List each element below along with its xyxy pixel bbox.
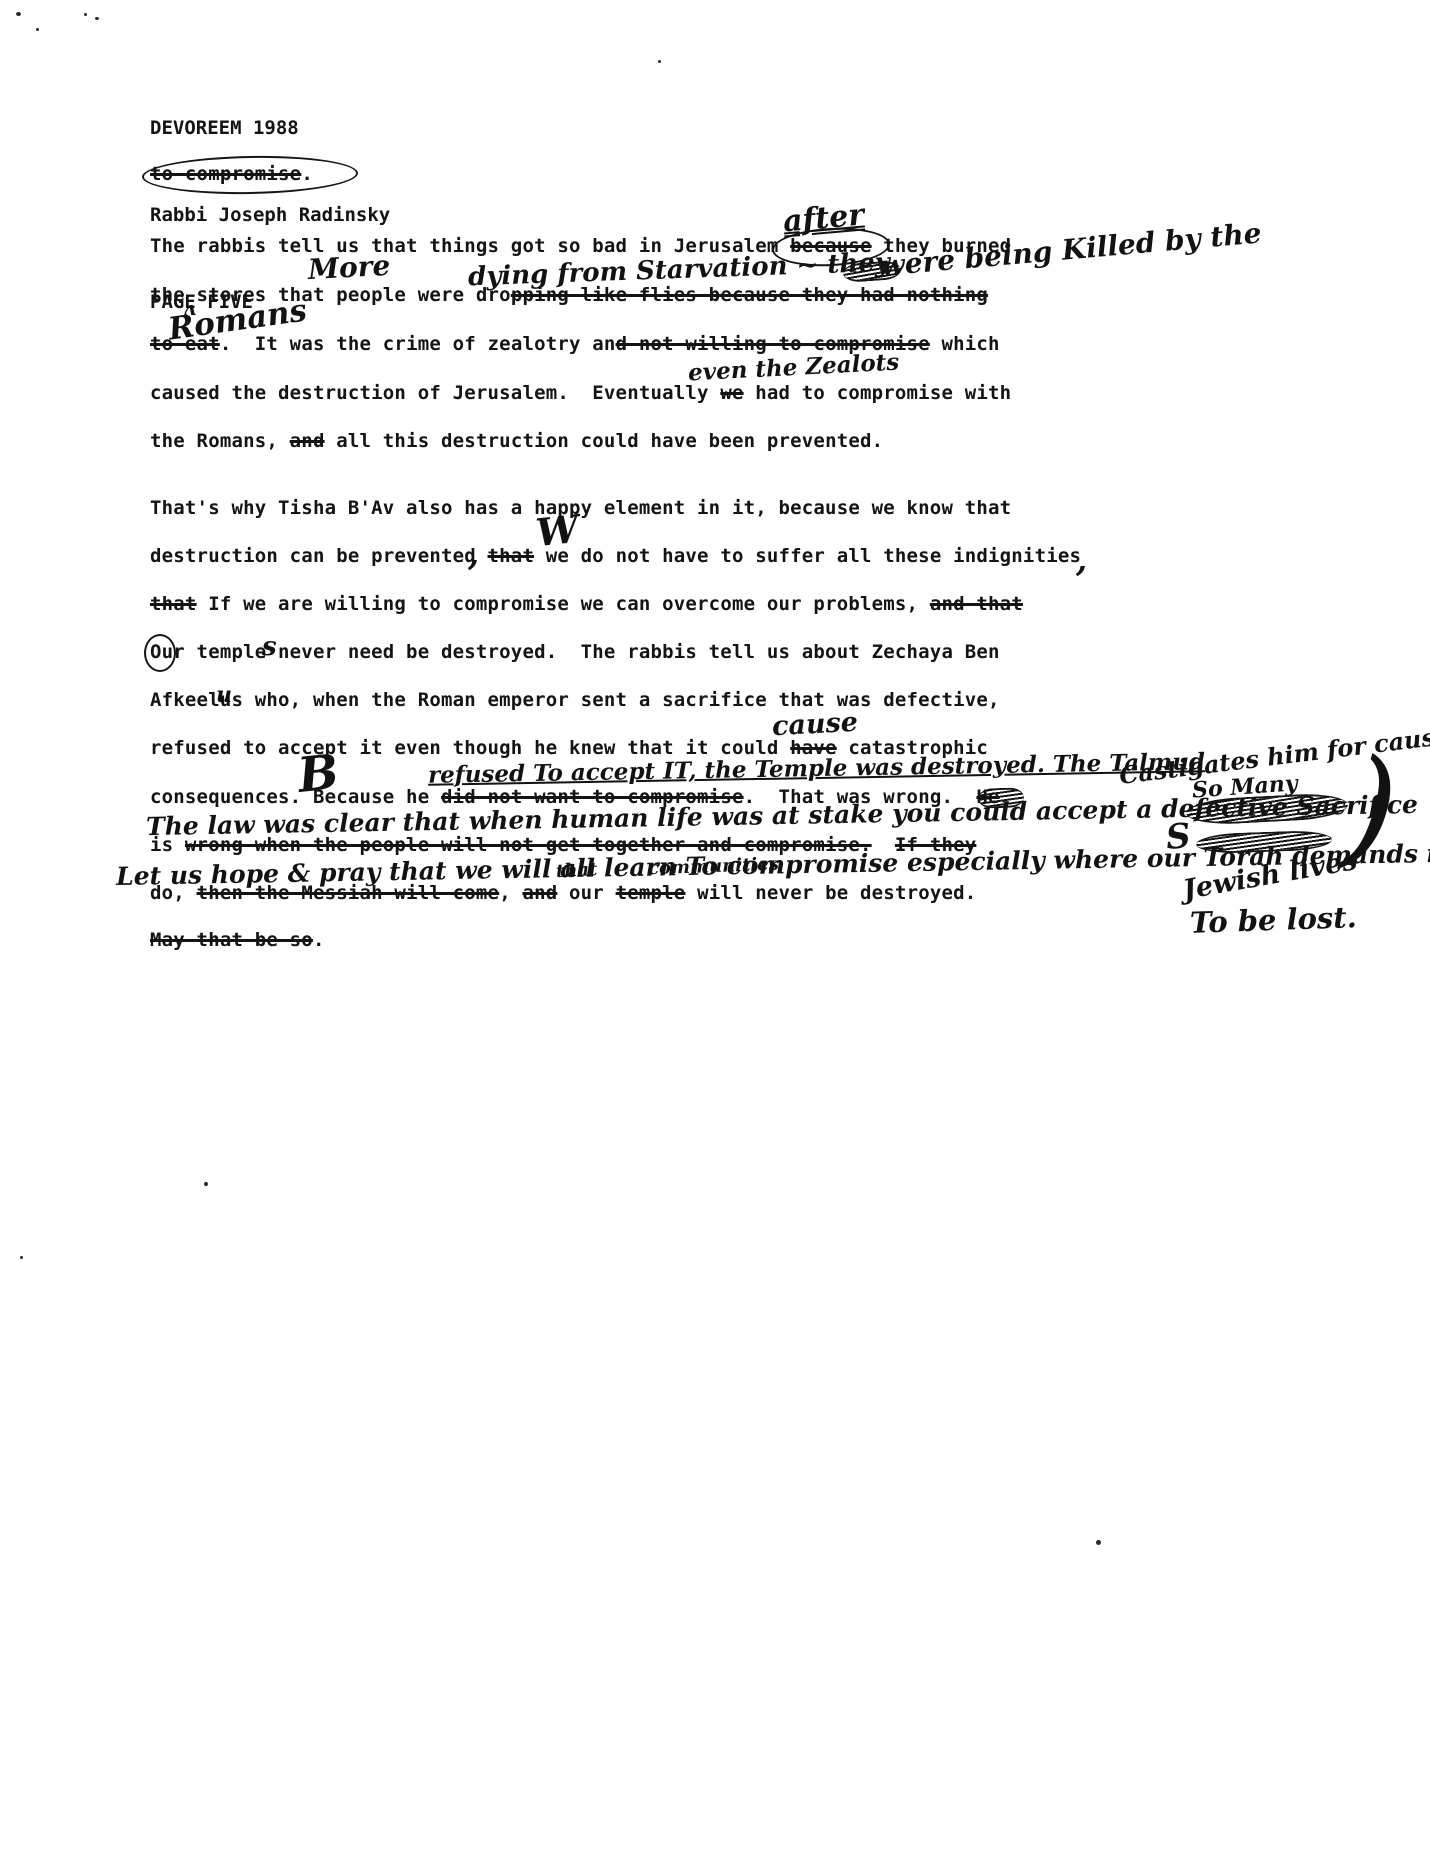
typed-line: Our temple never need be destroyed. The … [150, 641, 1000, 663]
typed-text: will never be destroyed. [685, 882, 976, 904]
handwritten-annotation: W [534, 510, 580, 552]
circled-ink-loop [144, 634, 176, 672]
typed-line: May that be so. [150, 929, 325, 951]
typed-text: had to compromise with [744, 382, 1012, 404]
typed-text: If we are willing to compromise we can o… [197, 593, 930, 615]
typed-text: destruction can be prevented [150, 545, 488, 567]
scan-speck [20, 1256, 23, 1259]
struck-text: we [720, 382, 743, 404]
typed-text: which [930, 333, 1000, 355]
typed-text: our [557, 882, 615, 904]
typed-text: caused the destruction of Jerusalem. Eve… [150, 382, 720, 404]
typed-text: , [499, 882, 522, 904]
handwritten-annotation: B [296, 748, 341, 800]
typed-line: That's why Tisha B'Av also has a happy e… [150, 497, 1011, 519]
handwritten-annotation: u [216, 684, 232, 706]
handwritten-annotation: , [1076, 544, 1087, 576]
handwritten-annotation: even the Zealots [688, 350, 900, 384]
typed-text: That's why Tisha B'Av also has a happy e… [150, 497, 1011, 519]
typed-text: all this destruction could have been pre… [325, 430, 884, 452]
typed-line: that If we are willing to compromise we … [150, 593, 1023, 615]
document-title: DEVOREEM 1988 [150, 114, 390, 143]
typed-text: the Romans, [150, 430, 290, 452]
typed-text: . [313, 929, 325, 951]
struck-text: and [522, 882, 557, 904]
scan-speck [204, 1182, 208, 1186]
struck-text: that [150, 593, 197, 615]
scan-speck [36, 28, 39, 31]
document-author: Rabbi Joseph Radinsky [150, 201, 390, 230]
scan-speck [16, 12, 21, 16]
typed-text: we do not have to suffer all these indig… [534, 545, 1081, 567]
scan-speck [658, 60, 661, 63]
handwritten-annotation: that [556, 861, 598, 881]
struck-text: May that be so [150, 929, 313, 951]
struck-text: temple [616, 882, 686, 904]
struck-text: and [290, 430, 325, 452]
handwritten-annotation: were being Killed by the [880, 219, 1263, 280]
scribble-mark [978, 787, 1025, 809]
typed-text: . It was the crime of zealotry an [220, 333, 616, 355]
scan-speck [95, 17, 99, 20]
scan-speck [84, 13, 87, 16]
typed-line: Afkeelus who, when the Roman emperor sen… [150, 689, 1000, 711]
typed-line: the Romans, and all this destruction cou… [150, 430, 883, 452]
typed-line: caused the destruction of Jerusalem. Eve… [150, 382, 1011, 404]
handwritten-annotation: , [468, 538, 479, 570]
typed-text: Our temple never need be destroyed. The … [150, 641, 1000, 663]
typed-text: the stores that people were dro [150, 284, 511, 306]
struck-text: and that [930, 593, 1023, 615]
handwritten-annotation: More [307, 252, 391, 284]
handwritten-annotation: communities [648, 856, 779, 879]
typed-text: Afkeelus who, when the Roman emperor sen… [150, 689, 1000, 711]
handwritten-annotation: cause [771, 709, 858, 740]
scan-speck [1096, 1540, 1101, 1545]
typed-text: refused to accept it even though he knew… [150, 737, 790, 759]
handwritten-annotation: s [262, 634, 277, 660]
typed-text: consequences. Because he [150, 786, 441, 808]
typed-line: destruction can be prevented that we do … [150, 545, 1081, 567]
struck-text: that [488, 545, 535, 567]
handwritten-annotation: To be lost. [1190, 903, 1358, 938]
scanned-document-page: DEVOREEM 1988 Rabbi Joseph Radinsky PAGE… [0, 0, 1430, 1851]
